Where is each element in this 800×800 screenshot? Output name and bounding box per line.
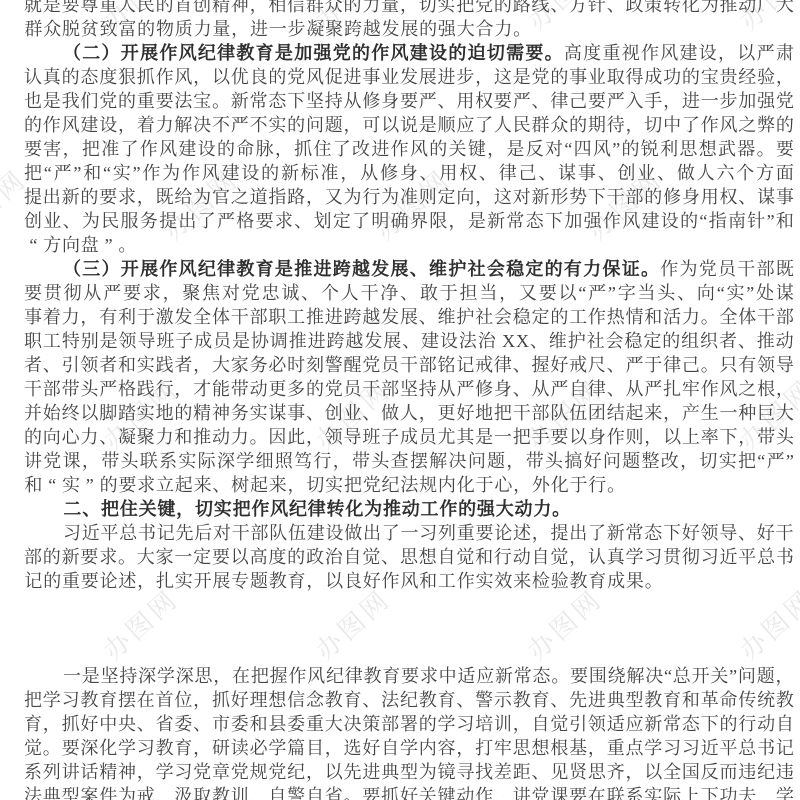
text-line: 的向心力、凝聚力和推动力。因此，领导班子成员尤其是一把手要以身作则，以上率下，带…: [24, 425, 794, 449]
text-line: 认真的态度狠抓作风，以优良的党风促进事业发展进步，这是党的事业取得成功的宝贵经验…: [24, 65, 794, 89]
text-line: 提出新的要求，既给为官之道指路，又为行为准则定向，这对新形势下干部的修身用权、谋…: [24, 185, 794, 209]
text-line: 把“严”和“实”作为作风建设的新标准，从修身、用权、律己、谋事、创业、做人六个方…: [24, 161, 794, 185]
text-line: 法典型案件为戒，汲取教训，自警自省。要抓好关键动作，讲党课要在联系实际上下功夫，…: [24, 784, 794, 800]
text-line: 育，抓好中央、省委、市委和县委重大决策部署的学习培训，自觉引领适应新常态下的行动…: [24, 712, 794, 736]
text-line: 群众脱贫致富的物质力量，进一步凝聚跨越发展的强大合力。: [24, 17, 794, 41]
text-line: 要害，把准了作风建设的命脉，抓住了改进作风的关键，是反对“四风”的锐利思想武器。…: [24, 137, 794, 161]
text-line: 二、把住关键，切实把作风纪律转化为推动工作的强大动力。: [24, 497, 794, 521]
text-line: 把学习教育摆在首位，抓好理想信念教育、法纪教育、警示教育、先进典型教育和革命传统…: [24, 688, 794, 712]
text-line: 讲党课，带头联系实际深学细照笃行，带头查摆解决问题，带头搞好问题整改，切实把“严…: [24, 449, 794, 473]
text-line: 习近平总书记先后对干部队伍建设做出了一习列重要论述，提出了新常态下好领导、好干: [24, 521, 794, 545]
text-line: 部的新要求。大家一定要以高度的政治自觉、思想自觉和行动自觉，认真学习贯彻习近平总…: [24, 545, 794, 569]
text-line: 创业、为民服务提出了严格要求、划定了明确界限，是新常态下加强作风建设的“指南针”…: [24, 209, 794, 233]
text-line: 也是我们党的重要法宝。新常态下坚持从修身要严、用权要严、律己要严入手，进一步加强…: [24, 89, 794, 113]
text-line: （二）开展作风纪律教育是加强党的作风建设的迫切需要。高度重视作风建设，以严肃: [24, 41, 794, 65]
document-page: 办图网办图网办图网办图网办图网办图网办图网办图网办图网办图网办图网办图网办图网办…: [0, 0, 800, 800]
text-line: 者、引领者和实践者，大家务必时刻警醒党员干部铭记戒律、握好戒尺、严于律己。只有领…: [24, 353, 794, 377]
text-line: 一是坚持深学深思，在把握作风纪律教育要求中适应新常态。要围绕解决“总开关”问题，: [24, 664, 794, 688]
text-line: （三）开展作风纪律教育是推进跨越发展、维护社会稳定的有力保证。作为党员干部既: [24, 257, 794, 281]
text-line: 记的重要论述，扎实开展专题教育，以良好作风和工作实效来检验教育成果。: [24, 569, 794, 593]
text-line: 职工特别是领导班子成员是协调推进跨越发展、建设法治 XX、维护社会稳定的组织者、…: [24, 329, 794, 353]
text-line: 干部带头严格践行，才能带动更多的党员干部坚持从严修身、从严自律、从严扎牢作风之根…: [24, 377, 794, 401]
text-line: 的作风建设，着力解决不严不实的问题，可以说是顺应了人民群众的期待，切中了作风之弊…: [24, 113, 794, 137]
text-line: 就是要尊重人民的首创精神，相信群众的力量，切实把党的路线、方针、政策转化为推动广…: [24, 0, 794, 17]
text-line: 系列讲话精神，学习党章党规党纪，以先进典型为镜寻找差距、见贤思齐，以全国反而违纪…: [24, 760, 794, 784]
text-line: 并始终以脚踏实地的精神务实谋事、创业、做人，更好地把干部队伍团结起来，产生一种巨…: [24, 401, 794, 425]
text-line: 事着力，有利于激发全体干部职工推进跨越发展、维护社会稳定的工作热情和活力。全体干…: [24, 305, 794, 329]
text-line: 和“实”的要求立起来、树起来，切实把党纪法规内化于心，外化于行。: [24, 473, 794, 497]
text-line: “方向盘”。: [24, 233, 794, 257]
document-body: 就是要尊重人民的首创精神，相信群众的力量，切实把党的路线、方针、政策转化为推动广…: [24, 0, 794, 800]
text-line: 觉。要深化学习教育，研读必学篇目，选好自学内容，打牢思想根基，重点学习习近平总书…: [24, 736, 794, 760]
text-line: 要贯彻从严要求，聚焦对党忠诚、个人干净、敢于担当，又要以“严”字当头、向“实”处…: [24, 281, 794, 305]
